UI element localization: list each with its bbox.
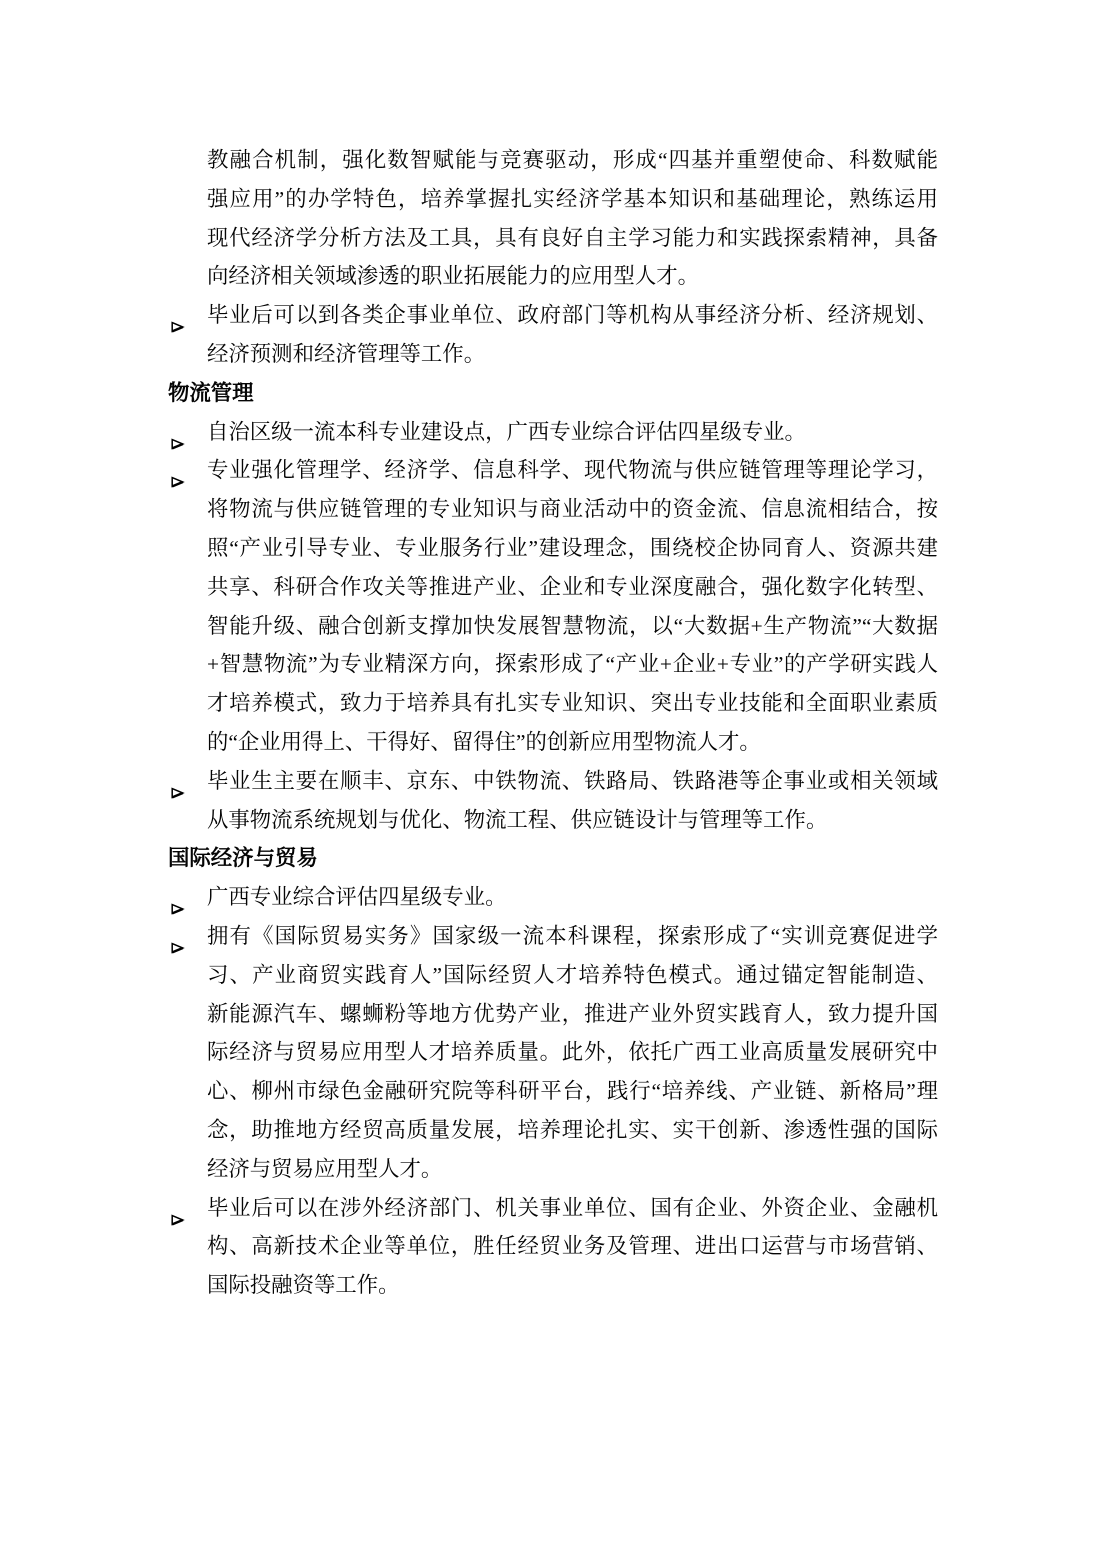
text-line: +智慧物流”为专业精深方向，探索形成了“产业+企业+专业”的产学研实践人 — [207, 645, 938, 684]
text-line: 构、高新技术企业等单位，胜任经贸业务及管理、进出口运营与市场营销、 — [207, 1227, 938, 1266]
text-line: 拥有《国际贸易实务》国家级一流本科课程，探索形成了“实训竞赛促进学 — [207, 917, 938, 956]
document-content: 教融合机制，强化数智赋能与竞赛驱动，形成“四基并重塑使命、科数赋能强应用”的办学… — [168, 141, 938, 1305]
text-line: 念，助推地方经贸高质量发展，培养理论扎实、实干创新、渗透性强的国际 — [207, 1111, 938, 1150]
bullet-item: 毕业后可以到各类企事业单位、政府部门等机构从事经济分析、经济规划、经济预测和经济… — [168, 296, 938, 374]
paragraph-text-group: 教融合机制，强化数智赋能与竞赛驱动，形成“四基并重塑使命、科数赋能强应用”的办学… — [207, 141, 938, 296]
bullet-item: 毕业生主要在顺丰、京东、中铁物流、铁路局、铁路港等企事业或相关领域从事物流系统规… — [168, 762, 938, 840]
paragraph-text-group: 毕业后可以在涉外经济部门、机关事业单位、国有企业、外资企业、金融机构、高新技术企… — [207, 1189, 938, 1305]
bullet-item: 广西专业综合评估四星级专业。 — [168, 878, 938, 917]
text-line: 的“企业用得上、干得好、留得住”的创新应用型物流人才。 — [207, 723, 938, 762]
paragraph-text-group: 毕业后可以到各类企事业单位、政府部门等机构从事经济分析、经济规划、经济预测和经济… — [207, 296, 938, 374]
text-line: 现代经济学分析方法及工具，具有良好自主学习能力和实践探索精神，具备 — [207, 219, 938, 258]
text-line: 国际投融资等工作。 — [207, 1266, 938, 1305]
text-line: 毕业生主要在顺丰、京东、中铁物流、铁路局、铁路港等企事业或相关领域 — [207, 762, 938, 801]
paragraph-text-group: 专业强化管理学、经济学、信息科学、现代物流与供应链管理等理论学习，将物流与供应链… — [207, 451, 938, 761]
heading-text-group: 物流管理 — [168, 374, 938, 413]
text-line: 经济与贸易应用型人才。 — [207, 1150, 938, 1189]
arrow-bullet-icon — [170, 929, 186, 944]
text-line: 从事物流系统规划与优化、物流工程、供应链设计与管理等工作。 — [207, 801, 938, 840]
paragraph-text-group: 广西专业综合评估四星级专业。 — [207, 878, 938, 917]
paragraph-text-group: 毕业生主要在顺丰、京东、中铁物流、铁路局、铁路港等企事业或相关领域从事物流系统规… — [207, 762, 938, 840]
arrow-bullet-icon — [170, 774, 186, 789]
section-heading: 国际经济与贸易 — [168, 839, 938, 878]
text-line: 照“产业引导专业、专业服务行业”建设理念，围绕校企协同育人、资源共建 — [207, 529, 938, 568]
arrow-bullet-icon — [170, 308, 186, 323]
text-line: 教融合机制，强化数智赋能与竞赛驱动，形成“四基并重塑使命、科数赋能 — [207, 141, 938, 180]
text-line: 强应用”的办学特色，培养掌握扎实经济学基本知识和基础理论，熟练运用 — [207, 180, 938, 219]
text-line: 才培养模式，致力于培养具有扎实专业知识、突出专业技能和全面职业素质 — [207, 684, 938, 723]
text-line: 毕业后可以在涉外经济部门、机关事业单位、国有企业、外资企业、金融机 — [207, 1189, 938, 1228]
document-page: 教融合机制，强化数智赋能与竞赛驱动，形成“四基并重塑使命、科数赋能强应用”的办学… — [0, 0, 1102, 1559]
section-heading: 物流管理 — [168, 374, 938, 413]
text-line: 向经济相关领域渗透的职业拓展能力的应用型人才。 — [207, 257, 938, 296]
text-line: 自治区级一流本科专业建设点，广西专业综合评估四星级专业。 — [207, 413, 938, 452]
text-line: 共享、科研合作攻关等推进产业、企业和专业深度融合，强化数字化转型、 — [207, 568, 938, 607]
text-line: 际经济与贸易应用型人才培养质量。此外，依托广西工业高质量发展研究中 — [207, 1033, 938, 1072]
text-line: 将物流与供应链管理的专业知识与商业活动中的资金流、信息流相结合，按 — [207, 490, 938, 529]
arrow-bullet-icon — [170, 890, 186, 905]
arrow-bullet-icon — [170, 463, 186, 478]
text-line: 经济预测和经济管理等工作。 — [207, 335, 938, 374]
bullet-item: 专业强化管理学、经济学、信息科学、现代物流与供应链管理等理论学习，将物流与供应链… — [168, 451, 938, 761]
arrow-bullet-icon — [170, 425, 186, 440]
heading-text: 物流管理 — [168, 374, 938, 413]
arrow-bullet-icon — [170, 1201, 186, 1216]
bullet-item: 自治区级一流本科专业建设点，广西专业综合评估四星级专业。 — [168, 413, 938, 452]
paragraph-text-group: 自治区级一流本科专业建设点，广西专业综合评估四星级专业。 — [207, 413, 938, 452]
text-line: 心、柳州市绿色金融研究院等科研平台，践行“培养线、产业链、新格局”理 — [207, 1072, 938, 1111]
text-line: 广西专业综合评估四星级专业。 — [207, 878, 938, 917]
text-line: 专业强化管理学、经济学、信息科学、现代物流与供应链管理等理论学习， — [207, 451, 938, 490]
heading-text-group: 国际经济与贸易 — [168, 839, 938, 878]
text-line: 习、产业商贸实践育人”国际经贸人才培养特色模式。通过锚定智能制造、 — [207, 956, 938, 995]
text-line: 新能源汽车、螺蛳粉等地方优势产业，推进产业外贸实践育人，致力提升国 — [207, 995, 938, 1034]
text-line: 智能升级、融合创新支撑加快发展智慧物流，以“大数据+生产物流”“大数据 — [207, 607, 938, 646]
bullet-item: 拥有《国际贸易实务》国家级一流本科课程，探索形成了“实训竞赛促进学习、产业商贸实… — [168, 917, 938, 1189]
paragraph-continuation: 教融合机制，强化数智赋能与竞赛驱动，形成“四基并重塑使命、科数赋能强应用”的办学… — [168, 141, 938, 296]
bullet-item: 毕业后可以在涉外经济部门、机关事业单位、国有企业、外资企业、金融机构、高新技术企… — [168, 1189, 938, 1305]
paragraph-text-group: 拥有《国际贸易实务》国家级一流本科课程，探索形成了“实训竞赛促进学习、产业商贸实… — [207, 917, 938, 1189]
text-line: 毕业后可以到各类企事业单位、政府部门等机构从事经济分析、经济规划、 — [207, 296, 938, 335]
heading-text: 国际经济与贸易 — [168, 839, 938, 878]
